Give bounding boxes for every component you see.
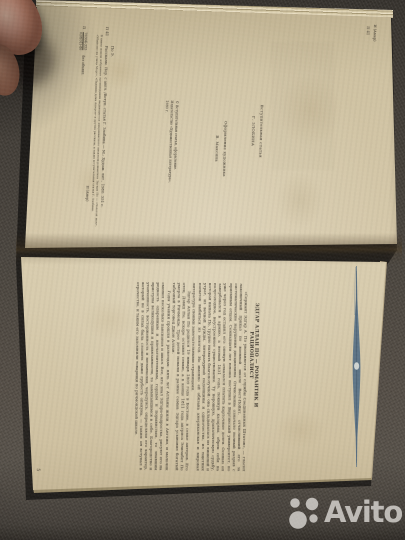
gutter-shadow [16, 233, 402, 265]
article-paragraph: Годы учения прошли в разъездах: пять лет… [133, 282, 171, 470]
library-code: И (Амер) П 41 [357, 24, 378, 59]
library-code-line: П 41 [363, 26, 371, 58]
article-paragraph: Эдгар Аллан По родился 19 января 1809 го… [169, 283, 192, 471]
copyright-notice: © Вступительная статья, оформление. Изда… [156, 100, 179, 215]
print-index-prefix: П [81, 26, 86, 29]
print-index-fraction: 70304-353 028(01)-80 [78, 32, 88, 51]
print-index-numerator: 70304-353 [84, 32, 88, 50]
article-paragraph: «Сержант Эдгар А. По увольняется от служ… [190, 283, 249, 472]
print-index-suffix: без объявл. [79, 55, 85, 75]
card-index: П 41 [105, 27, 111, 42]
article-body: «Сержант Эдгар А. По увольняется от служ… [45, 281, 249, 471]
intro-credit: Вступительная статья Г. ЗЛОБИНА [248, 98, 266, 164]
library-code-line: И (Амер) [370, 24, 378, 58]
page-number: 5 [31, 457, 41, 471]
avito-watermark-text: Avito [324, 492, 402, 532]
avito-logo-icon [283, 492, 323, 532]
chapter-ornament-flourish-icon [349, 265, 364, 468]
ink-show-through [272, 42, 334, 170]
avito-watermark: Avito [283, 492, 402, 532]
design-credit: Оформление художника В. Максина [212, 106, 230, 191]
book-listing-photo: И (Амер) П 41 Вступительная статья Г. ЗЛ… [0, 0, 405, 540]
